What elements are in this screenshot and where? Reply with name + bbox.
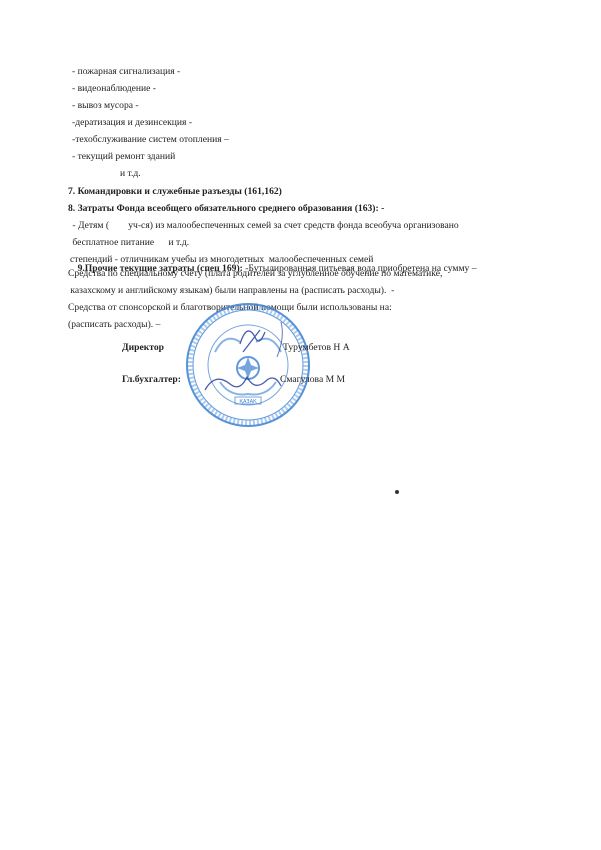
accountant-label: Гл.бухгалтер: (122, 374, 181, 386)
scan-speck (395, 490, 399, 494)
director-label: Директор (122, 342, 164, 354)
svg-text:ҚАЗАҚ: ҚАЗАҚ (239, 399, 257, 405)
accountant-name: Смагулова М М (280, 374, 345, 386)
expense-item-fire-alarm: - пожарная сигнализация - (72, 66, 180, 78)
expense-item-heating-maintenance: -техобслуживание систем отопления – (72, 134, 229, 146)
section-8-children-text: - Детям ( уч-ся) из малообеспеченных сем… (70, 220, 459, 232)
sponsor-funds-detail: (расписать расходы). – (68, 319, 160, 331)
special-account-text-cont: казахскому и английскому языкам) были на… (68, 285, 394, 297)
official-stamp-icon: ҚАЗАҚ (185, 302, 311, 428)
document-page: - пожарная сигнализация - - видеонаблюде… (0, 0, 601, 850)
expense-item-building-repair: - текущий ремонт зданий (72, 151, 175, 163)
expense-item-garbage-removal: - вывоз мусора - (72, 100, 139, 112)
expense-item-video-surveillance: - видеонаблюдение - (72, 83, 156, 95)
etc-text: и т.д. (120, 168, 141, 180)
expense-item-pest-control: -дератизация и дезинсекция - (72, 117, 192, 129)
special-account-text: Средства по специальному счету (плата ро… (68, 268, 442, 280)
section-8-free-meals: бесплатное питание и т.д. (70, 237, 189, 249)
section-7-heading: 7. Командировки и служебные разъезды (16… (68, 186, 282, 198)
section-8-heading: 8. Затраты Фонда всеобщего обязательного… (68, 203, 384, 215)
director-name: Турумбетов Н А (283, 342, 350, 354)
